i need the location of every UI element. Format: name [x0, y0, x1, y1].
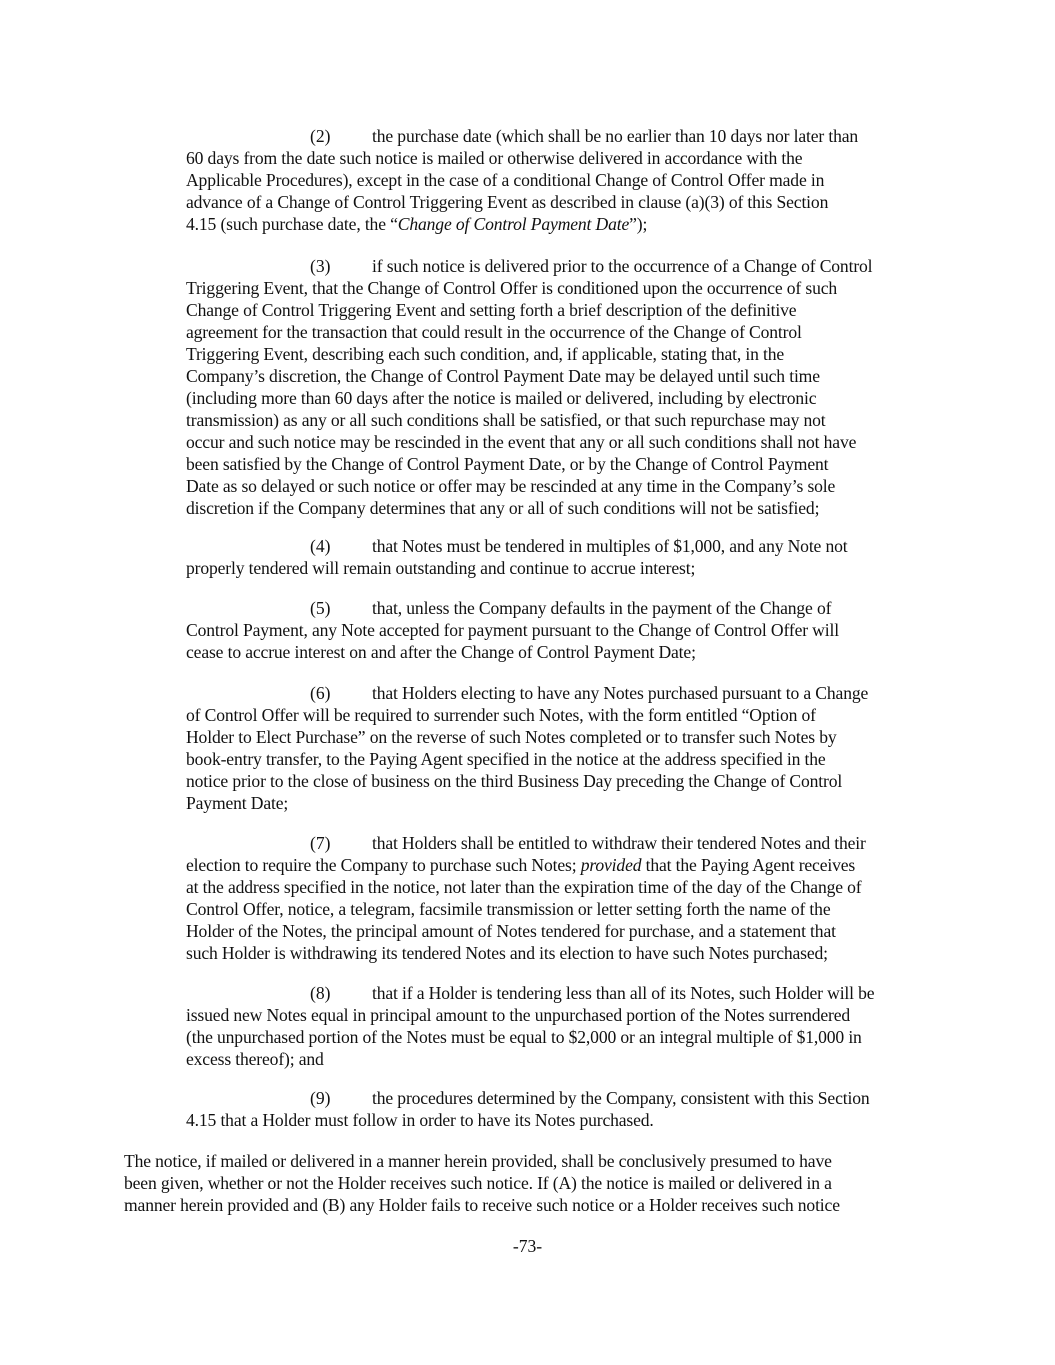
clause-line: (the unpurchased portion of the Notes mu… [186, 1026, 862, 1048]
clause-line: such Holder is withdrawing its tendered … [186, 942, 828, 964]
clause-line: properly tendered will remain outstandin… [186, 557, 695, 579]
clause-number: (8) [310, 982, 331, 1004]
clause-line: Triggering Event, that the Change of Con… [186, 277, 837, 299]
text-segment: that the Paying Agent receives [641, 855, 855, 875]
clause-line: election to require the Company to purch… [186, 854, 855, 876]
clause-line: 60 days from the date such notice is mai… [186, 147, 802, 169]
clause-first-line: that, unless the Company defaults in the… [372, 597, 831, 619]
paragraph-line: manner herein provided and (B) any Holde… [124, 1194, 840, 1216]
clause-number: (7) [310, 832, 331, 854]
clause-number: (5) [310, 597, 331, 619]
defined-term: Change of Control Payment Date [398, 214, 629, 234]
clause-number: (3) [310, 255, 331, 277]
clause-number: (4) [310, 535, 331, 557]
clause-line: Holder to Elect Purchase” on the reverse… [186, 726, 837, 748]
clause-line: agreement for the transaction that could… [186, 321, 802, 343]
clause-line: 4.15 that a Holder must follow in order … [186, 1109, 654, 1131]
clause-line: book-entry transfer, to the Paying Agent… [186, 748, 826, 770]
clause-number: (2) [310, 125, 331, 147]
clause-line: transmission) as any or all such conditi… [186, 409, 826, 431]
page-number: -73- [0, 1235, 1055, 1257]
clause-number: (6) [310, 682, 331, 704]
clause-first-line: that Holders electing to have any Notes … [372, 682, 868, 704]
clause-line: excess thereof); and [186, 1048, 324, 1070]
paragraph-line: The notice, if mailed or delivered in a … [124, 1150, 832, 1172]
clause-line: Company’s discretion, the Change of Cont… [186, 365, 820, 387]
clause-line: (including more than 60 days after the n… [186, 387, 816, 409]
clause-first-line: the purchase date (which shall be no ear… [372, 125, 858, 147]
clause-first-line: that if a Holder is tendering less than … [372, 982, 874, 1004]
clause-line: of Control Offer will be required to sur… [186, 704, 816, 726]
clause-first-line: that Holders shall be entitled to withdr… [372, 832, 866, 854]
clause-line: discretion if the Company determines tha… [186, 497, 819, 519]
clause-line: been satisfied by the Change of Control … [186, 453, 828, 475]
clause-line: Date as so delayed or such notice or off… [186, 475, 835, 497]
clause-first-line: the procedures determined by the Company… [372, 1087, 870, 1109]
clause-number: (9) [310, 1087, 331, 1109]
emphasized-term: provided [581, 855, 642, 875]
clause-line: Applicable Procedures), except in the ca… [186, 169, 824, 191]
clause-line: occur and such notice may be rescinded i… [186, 431, 856, 453]
clause-line: issued new Notes equal in principal amou… [186, 1004, 850, 1026]
clause-line: Triggering Event, describing each such c… [186, 343, 784, 365]
clause-first-line: that Notes must be tendered in multiples… [372, 535, 848, 557]
clause-line: Payment Date; [186, 792, 288, 814]
clause-line: at the address specified in the notice, … [186, 876, 862, 898]
clause-line: notice prior to the close of business on… [186, 770, 842, 792]
clause-line: Holder of the Notes, the principal amoun… [186, 920, 836, 942]
clause-line: advance of a Change of Control Triggerin… [186, 191, 828, 213]
clause-first-line: if such notice is delivered prior to the… [372, 255, 872, 277]
clause-line: Change of Control Triggering Event and s… [186, 299, 796, 321]
clause-line: Control Payment, any Note accepted for p… [186, 619, 839, 641]
clause-line: cease to accrue interest on and after th… [186, 641, 696, 663]
document-page: (2) the purchase date (which shall be no… [0, 0, 1055, 1365]
text-segment: election to require the Company to purch… [186, 855, 581, 875]
clause-line: 4.15 (such purchase date, the “Change of… [186, 213, 647, 235]
paragraph-line: been given, whether or not the Holder re… [124, 1172, 832, 1194]
text-segment: 4.15 (such purchase date, the “ [186, 214, 398, 234]
clause-line: Control Offer, notice, a telegram, facsi… [186, 898, 830, 920]
text-segment: ”); [629, 214, 647, 234]
